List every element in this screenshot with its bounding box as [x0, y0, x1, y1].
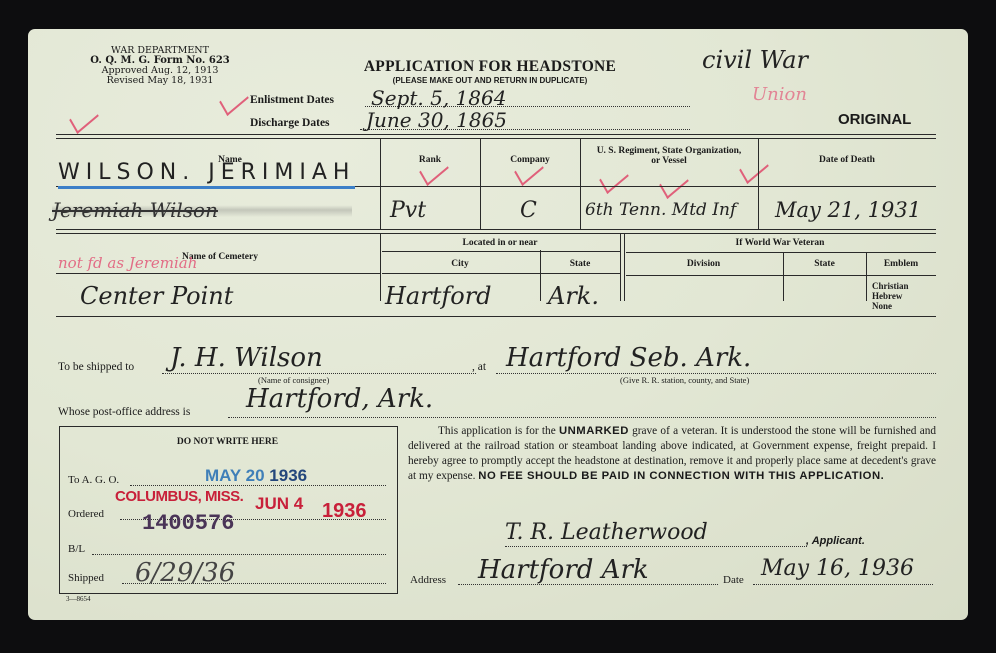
application-date-field[interactable]: May 16, 1936 [753, 556, 933, 585]
po-address-label: Whose post-office address is [58, 406, 190, 418]
emblem-option-none[interactable]: None [872, 301, 909, 311]
company-value[interactable]: C [520, 198, 537, 223]
order-number-stamp: 1400576 [142, 511, 234, 536]
agreement-part-1: This application is for the [438, 425, 559, 437]
ago-stamp: MAY 20 1936 [205, 466, 307, 486]
revised-date: Revised May 18, 1931 [40, 76, 280, 86]
columbus-stamp-year: 1936 [322, 500, 367, 523]
applicant-label: , Applicant. [806, 535, 865, 547]
regiment-value[interactable]: 6th Tenn. Mtd Inf [585, 200, 736, 220]
consignee-field[interactable]: J. H. Wilson [162, 343, 476, 374]
city-header: City [380, 259, 540, 269]
col-divider [480, 138, 481, 229]
col-divider [758, 138, 759, 229]
columbus-stamp-place: COLUMBUS, MISS. [115, 488, 243, 505]
col-divider [580, 138, 581, 229]
company-header: Company [480, 155, 580, 165]
enlistment-label: Enlistment Dates [250, 94, 334, 106]
col-divider [620, 233, 621, 301]
station-value: Hartford Seb. Ark. [496, 343, 751, 373]
rank-value[interactable]: Pvt [390, 198, 426, 223]
state-header: State [540, 259, 620, 269]
discharge-field[interactable]: June 30, 1865 [360, 108, 690, 130]
form-code: 3—8654 [66, 595, 91, 603]
shipped-label: Shipped [68, 572, 104, 584]
table-top-rule [56, 134, 936, 139]
regiment-header: U. S. Regiment, State Organization, or V… [596, 146, 742, 166]
po-address-value: Hartford, Ark. [228, 384, 433, 414]
station-field[interactable]: Hartford Seb. Ark. [496, 343, 936, 374]
state-value[interactable]: Ark. [548, 282, 599, 310]
struck-name: Jeremiah Wilson [52, 198, 352, 222]
typed-name[interactable]: WILSON. JERIMIAH [58, 160, 355, 189]
located-rule [382, 251, 620, 252]
city-header-rule [382, 273, 620, 274]
enlistment-field[interactable]: Sept. 5, 1864 [365, 86, 690, 107]
emblem-options: Christian Hebrew None [872, 281, 909, 311]
date-of-death-value[interactable]: May 21, 1931 [775, 198, 921, 222]
form-subtitle: (PLEASE MAKE OUT AND RETURN IN DUPLICATE… [330, 76, 650, 85]
applicant-address-field[interactable]: Hartford Ark [458, 555, 718, 585]
enlistment-value: Sept. 5, 1864 [365, 86, 506, 110]
ww-veteran-header: If World War Veteran [624, 238, 936, 248]
date-label: Date [723, 574, 744, 586]
applicant-signature-field[interactable]: T. R. Leatherwood [505, 520, 807, 547]
do-not-write-heading: DO NOT WRITE HERE [59, 437, 396, 447]
original-label: ORIGINAL [838, 111, 911, 128]
ordered-label: Ordered [68, 508, 104, 520]
civil-war-annotation: civil War [702, 46, 808, 74]
pink-note: not fd as Jeremiah [58, 254, 197, 272]
at-label: , at [472, 361, 486, 373]
date-of-death-header: Date of Death [758, 155, 936, 165]
consignee-value: J. H. Wilson [162, 343, 323, 373]
agreement-no-fee: NO FEE SHOULD BE PAID IN CONNECTION WITH… [478, 470, 884, 482]
applicant-address: Hartford Ark [458, 555, 649, 585]
ago-stamp-date: MAY 20 [205, 466, 265, 485]
division-header: Division [624, 259, 783, 269]
agreement-unmarked: UNMARKED [559, 425, 629, 437]
emblem-option-christian[interactable]: Christian [872, 281, 909, 291]
agreement-text: This application is for the UNMARKED gra… [408, 424, 936, 484]
shipped-to-label: To be shipped to [58, 361, 134, 373]
col-divider [380, 138, 381, 229]
located-header: Located in or near [380, 238, 620, 248]
ago-stamp-year: 1936 [269, 466, 307, 485]
ww-state-header: State [783, 259, 866, 269]
application-date: May 16, 1936 [753, 556, 914, 581]
shipped-value: 6/29/36 [135, 558, 235, 588]
col-divider [540, 250, 541, 301]
service-bottom-rule [56, 229, 936, 234]
columbus-stamp-date: JUN 4 [255, 494, 303, 514]
applicant-name: T. R. Leatherwood [505, 520, 708, 545]
discharge-label: Discharge Dates [250, 117, 330, 129]
discharge-value: June 30, 1865 [360, 108, 507, 132]
union-annotation: Union [752, 84, 807, 105]
ww-rule [626, 252, 936, 253]
ww-header-rule [626, 275, 936, 276]
cemetery-value[interactable]: Center Point [80, 282, 233, 310]
emblem-option-hebrew[interactable]: Hebrew [872, 291, 909, 301]
emblem-header: Emblem [866, 259, 936, 269]
ago-label: To A. G. O. [68, 474, 119, 486]
form-title: APPLICATION FOR HEADSTONE [300, 58, 680, 76]
city-value[interactable]: Hartford [385, 282, 492, 310]
cemetery-header-rule [56, 273, 380, 274]
cemetery-bottom-rule [56, 316, 936, 317]
po-address-field[interactable]: Hartford, Ark. [228, 384, 936, 418]
rank-header: Rank [380, 155, 480, 165]
bl-field[interactable] [92, 539, 386, 555]
bl-label: B/L [68, 543, 85, 555]
address-label: Address [410, 574, 446, 586]
form-header-block: WAR DEPARTMENT O. Q. M. G. Form No. 623 … [40, 46, 280, 86]
